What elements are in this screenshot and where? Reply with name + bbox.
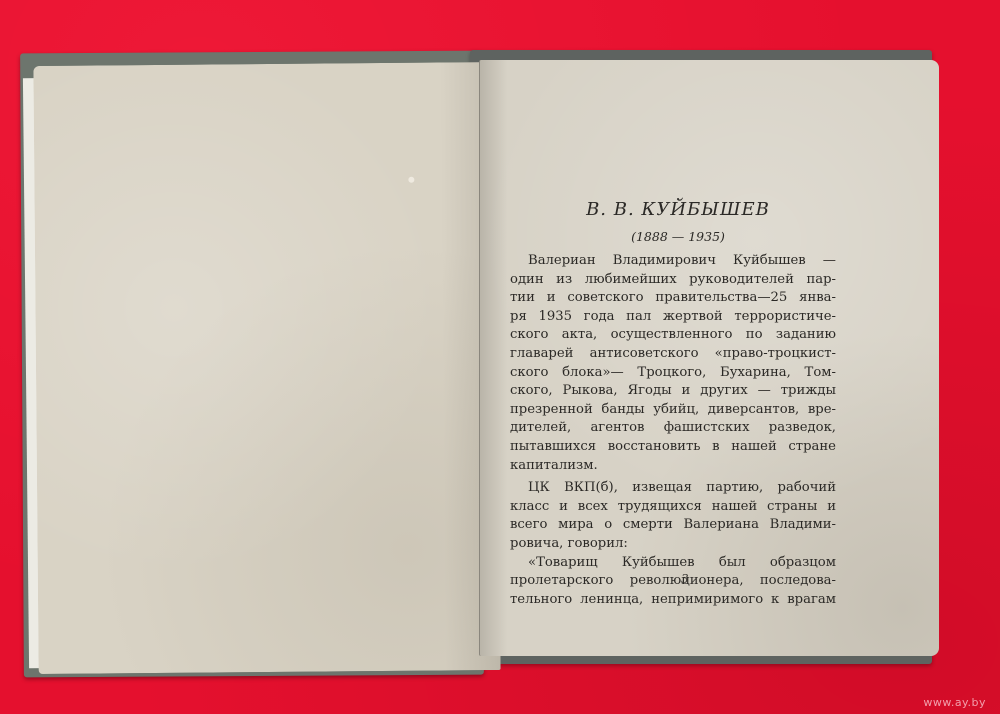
text-line: ря 1935 года пал жертвой террористиче-	[510, 308, 836, 327]
text-line: ского блока»— Троцкого, Бухарина, Том-	[510, 364, 836, 383]
text-line: Валериан Владимирович Куйбышев —	[510, 252, 836, 271]
text-line: тельного ленинца, непримиримого к врагам	[510, 591, 836, 610]
text-line: «Товарищ Куйбышев был образцом	[510, 554, 836, 573]
paragraph-2: ЦК ВКП(б), извещая партию, рабочий класс…	[510, 479, 836, 553]
text-line: класс и всех трудящихся нашей страны и	[510, 498, 836, 517]
text-line: пролетарского революционера, последова-	[510, 572, 836, 591]
text-line: пытавшихся восстановить в нашей стране	[510, 438, 836, 457]
watermark: www.ay.by	[923, 696, 986, 709]
text-line: ровича, говорил:	[510, 535, 836, 554]
left-page-blank	[33, 62, 500, 674]
text-line: главарей антисоветского «право-троцкист-	[510, 345, 836, 364]
text-line: ского акта, осуществленного по заданию	[510, 326, 836, 345]
paragraph-1: Валериан Владимирович Куйбышев — один из…	[510, 252, 836, 475]
life-years: (1888 — 1935)	[520, 224, 836, 252]
text-line: ЦК ВКП(б), извещая партию, рабочий	[510, 479, 836, 498]
page-title: В. В. КУЙБЫШЕВ	[520, 196, 836, 224]
text-line: презренной банды убийц, диверсантов, вре…	[510, 401, 836, 420]
text-line: всего мира о смерти Валериана Владими-	[510, 516, 836, 535]
text-line: тии и советского правительства—25 янва-	[510, 289, 836, 308]
paper-spot	[408, 177, 414, 183]
text-line: дителей, агентов фашистских разведок,	[510, 419, 836, 438]
text-line: капитализм.	[510, 457, 836, 476]
text-line: ского, Рыкова, Ягоды и других — трижды	[510, 382, 836, 401]
text-line: один из любимейших руководителей пар-	[510, 271, 836, 290]
paragraph-3-quote: «Товарищ Куйбышев был образцом пролетарс…	[510, 554, 836, 610]
page-number: 3	[681, 572, 689, 586]
right-page-text: В. В. КУЙБЫШЕВ (1888 — 1935) Валериан Вл…	[510, 196, 836, 609]
